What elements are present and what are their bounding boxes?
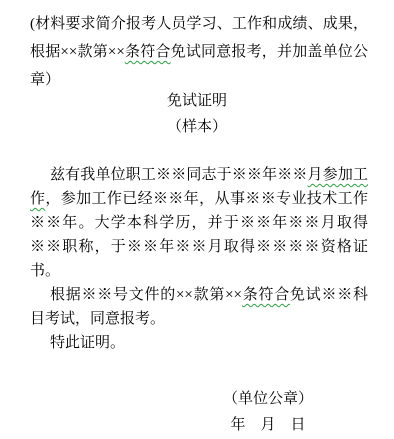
paragraph-2-spellcheck-text: 条符合 (242, 287, 290, 303)
paragraph-1-text-after: ，参加工作已经※※年，从事※※专业技术工作※※年。大学本科学历，并于※※年※※月… (30, 191, 368, 279)
instruction-note-spellcheck-text: 条符合 (125, 44, 171, 60)
title-block: 免试证明 （样本） (0, 88, 394, 140)
paragraph-2-text: 根据※※号文件的××款第×× (50, 287, 242, 303)
document-page: (材料要求简介报考人员学习、工作和成绩、成果，根据××款第××条符合免试同意报考… (0, 0, 394, 439)
seal-line: （单位公章） (223, 386, 313, 412)
paragraph-1: 兹有我单位职工※※同志于※※年※※月参加工作，参加工作已经※※年，从事※※专业技… (30, 163, 368, 283)
paragraph-3: 特此证明。 (30, 331, 368, 355)
date-line: 年 月 日 (223, 412, 313, 438)
paragraph-1-text: 兹有我单位职工※※同志于※※年※※ (50, 167, 308, 183)
signature-block: （单位公章） 年 月 日 (223, 386, 313, 438)
instruction-note: (材料要求简介报考人员学习、工作和成绩、成果，根据××款第××条符合免试同意报考… (30, 10, 368, 94)
document-body: 兹有我单位职工※※同志于※※年※※月参加工作，参加工作已经※※年，从事※※专业技… (30, 163, 368, 355)
document-subtitle: （样本） (0, 114, 394, 140)
paragraph-2: 根据※※号文件的××款第××条符合免试※※科目考试，同意报考。 (30, 283, 368, 331)
document-title: 免试证明 (0, 88, 394, 114)
